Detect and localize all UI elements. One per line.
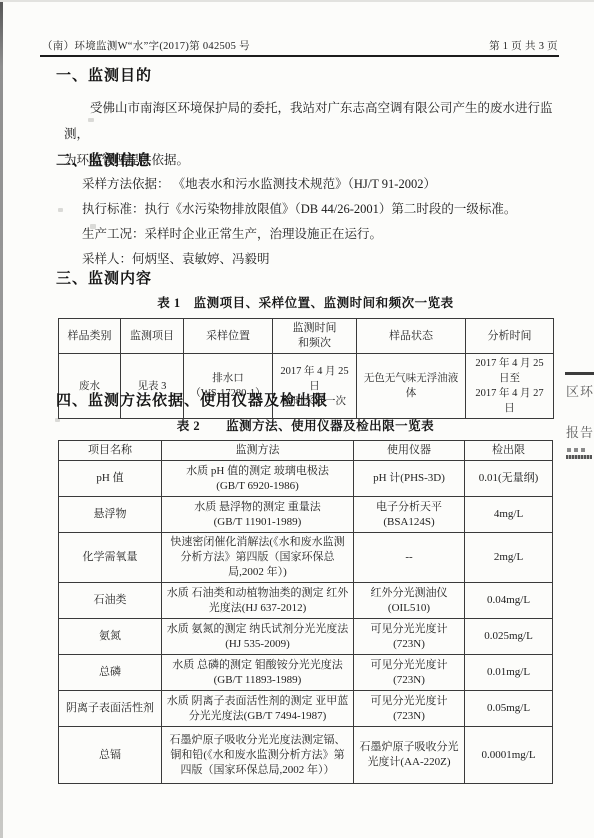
stamp-small-mark (581, 448, 585, 452)
data-cell: pH 计(PHS-3D) (354, 461, 465, 497)
data-cell: 可见分光光度计(723N) (354, 691, 465, 727)
data-cell: 水质 石油类和动植物油类的测定 红外光度法(HJ 637-2012) (162, 583, 354, 619)
data-cell: 总磷 (59, 655, 162, 691)
table-row: 悬浮物水质 悬浮物的测定 重量法 (GB/T 11901-1989)电子分析天平… (59, 497, 553, 533)
data-cell: 0.05mg/L (465, 691, 553, 727)
data-cell: 水质 总磷的测定 钼酸铵分光光度法 (GB/T 11893-1989) (162, 655, 354, 691)
scan-edge-left (0, 0, 3, 838)
section-method-title: 四、监测方法依据、使用仪器及检出限 (56, 389, 328, 410)
scan-edge-top (0, 0, 594, 2)
data-cell: 电子分析天平(BSA124S) (354, 497, 465, 533)
data-cell: 2017 年 4 月 25 日至 2017 年 4 月 27 日 (466, 354, 554, 419)
data-cell: 可见分光光度计(723N) (354, 619, 465, 655)
table-row: 石油类水质 石油类和动植物油类的测定 红外光度法(HJ 637-2012)红外分… (59, 583, 553, 619)
data-cell: 水质 悬浮物的测定 重量法 (GB/T 11901-1989) (162, 497, 354, 533)
data-cell: -- (354, 533, 465, 583)
table-row: pH 值水质 pH 值的测定 玻璃电极法 (GB/T 6920-1986)pH … (59, 461, 553, 497)
section-info-title: 二、监测信息 (56, 149, 152, 170)
table-row: 阴离子表面活性剂水质 阴离子表面活性剂的测定 亚甲蓝分光光度法(GB/T 749… (59, 691, 553, 727)
stamp-small-mark (574, 448, 578, 452)
data-cell: 水质 pH 值的测定 玻璃电极法 (GB/T 6920-1986) (162, 461, 354, 497)
table1-caption: 表 1 监测项目、采样位置、监测时间和频次一览表 (58, 293, 553, 311)
table-row: 总镉石墨炉原子吸收分光光度法测定镉、铜和铅(《水和废水监测分析方法》第四版（国家… (59, 727, 553, 784)
data-cell: 阴离子表面活性剂 (59, 691, 162, 727)
data-cell: 4mg/L (465, 497, 553, 533)
data-cell: 红外分光测油仪(OIL510) (354, 583, 465, 619)
header-rule (40, 55, 559, 57)
stamp-edge-line-bottom (566, 455, 592, 459)
table-row: 总磷水质 总磷的测定 钼酸铵分光光度法 (GB/T 11893-1989)可见分… (59, 655, 553, 691)
method-instrument-table: 项目名称监测方法使用仪器检出限 pH 值水质 pH 值的测定 玻璃电极法 (GB… (58, 440, 553, 784)
table2-caption: 表 2 监测方法、使用仪器及检出限一览表 (58, 416, 553, 434)
scan-smudge (58, 208, 63, 212)
data-cell: 2mg/L (465, 533, 553, 583)
header-cell: 采样位置 (184, 319, 273, 354)
header-cell: 样品类别 (59, 319, 121, 354)
stamp-fragment-1: 区环 (566, 381, 594, 400)
doc-number-label: （南）环境监测W“水”字(2017)第 042505 号 (42, 38, 250, 53)
header-cell: 监测时间 和频次 (273, 319, 357, 354)
table-row: 氨氮水质 氨氮的测定 纳氏试剂分光光度法 (HJ 535-2009)可见分光光度… (59, 619, 553, 655)
page-number-label: 第 1 页 共 3 页 (489, 38, 558, 53)
stamp-edge-line-top (565, 372, 594, 375)
table2-header-row: 项目名称监测方法使用仪器检出限 (59, 441, 553, 461)
header-cell: 监测方法 (162, 441, 354, 461)
purpose-paragraph-line1: 受佛山市南海区环境保护局的委托，我站对广东志高空调有限公司产生的废水进行监测， (64, 95, 564, 147)
data-cell: 0.01mg/L (465, 655, 553, 691)
data-cell: 悬浮物 (59, 497, 162, 533)
stamp-small-mark (567, 448, 571, 452)
data-cell: 快速密闭催化消解法(《水和废水监测分析方法》第四版（国家环保总局,2002 年）… (162, 533, 354, 583)
page-header: （南）环境监测W“水”字(2017)第 042505 号 第 1 页 共 3 页 (42, 38, 558, 53)
data-cell: 0.025mg/L (465, 619, 553, 655)
table-row: 化学需氧量快速密闭催化消解法(《水和废水监测分析方法》第四版（国家环保总局,20… (59, 533, 553, 583)
data-cell: 水质 氨氮的测定 纳氏试剂分光光度法 (HJ 535-2009) (162, 619, 354, 655)
production-status-line: 生产工况：采样时企业正常生产，治理设施正在运行。 (82, 222, 564, 247)
header-cell: 监测项目 (121, 319, 184, 354)
header-cell: 项目名称 (59, 441, 162, 461)
header-cell: 样品状态 (357, 319, 466, 354)
data-cell: 无色无气味无浮油液体 (357, 354, 466, 419)
section-content-title: 三、监测内容 (56, 267, 152, 288)
table1-header-row: 样品类别监测项目采样位置监测时间 和频次样品状态分析时间 (59, 319, 554, 354)
data-cell: 可见分光光度计(723N) (354, 655, 465, 691)
sampling-method-line: 采样方法依据： 《地表水和污水监测技术规范》（HJ/T 91-2002） (82, 172, 564, 197)
section-purpose-title: 一、监测目的 (56, 64, 152, 85)
data-cell: 0.0001mg/L (465, 727, 553, 784)
header-cell: 使用仪器 (354, 441, 465, 461)
data-cell: 石墨炉原子吸收分光光度计(AA-220Z) (354, 727, 465, 784)
data-cell: 0.04mg/L (465, 583, 553, 619)
header-cell: 检出限 (465, 441, 553, 461)
data-cell: 氨氮 (59, 619, 162, 655)
header-cell: 分析时间 (466, 319, 554, 354)
standard-line: 执行标准：执行《水污染物排放限值》（DB 44/26-2001）第二时段的一级标… (82, 197, 564, 222)
data-cell: 总镉 (59, 727, 162, 784)
data-cell: pH 值 (59, 461, 162, 497)
data-cell: 化学需氧量 (59, 533, 162, 583)
stamp-fragment-2: 报告 (566, 422, 594, 441)
data-cell: 水质 阴离子表面活性剂的测定 亚甲蓝分光光度法(GB/T 7494-1987) (162, 691, 354, 727)
data-cell: 石墨炉原子吸收分光光度法测定镉、铜和铅(《水和废水监测分析方法》第四版（国家环保… (162, 727, 354, 784)
data-cell: 石油类 (59, 583, 162, 619)
data-cell: 0.01(无量纲) (465, 461, 553, 497)
info-lines: 采样方法依据： 《地表水和污水监测技术规范》（HJ/T 91-2002） 执行标… (82, 172, 564, 272)
sampler-names-line: 采样人：何炳坚、袁敏婷、冯毅明 (82, 247, 564, 272)
report-page: （南）环境监测W“水”字(2017)第 042505 号 第 1 页 共 3 页… (0, 0, 594, 838)
